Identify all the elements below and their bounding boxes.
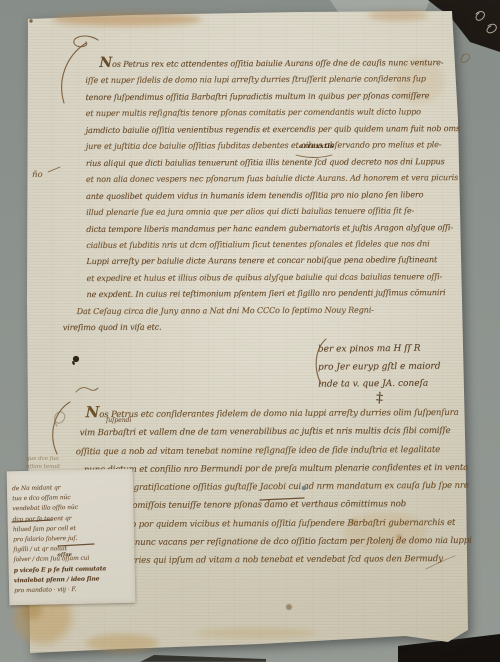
margin-scribble: que dce ſuooſſam tenuit bbox=[26, 455, 60, 471]
manuscript-line: oſſitia que a nob ad vitam tenebat nomin… bbox=[76, 440, 470, 461]
manuscript-line: que dce ſuo bbox=[26, 455, 60, 463]
manuscript-line: et nuper multis reſignaſtis tenore pſona… bbox=[86, 103, 458, 121]
manuscript-line: ne expdent. In cuius rei teſtimonium pſe… bbox=[86, 284, 458, 302]
manuscript-line: ratione et gratiſicatione oſſitias guſta… bbox=[90, 477, 470, 498]
manuscript-line: et non alia donec vespers nec pſonarum ſ… bbox=[86, 169, 458, 187]
manuscript-line: ber ex pinos ma H ſſ R bbox=[318, 340, 458, 359]
manuscript-line: pro Jer euryp gſtl e maiord bbox=[318, 358, 458, 377]
manuscript-line: vireſimo quod in viſa etc. bbox=[63, 317, 459, 336]
manuscript-line: nre pſonas comiſſois tenuiſſe tenore pſo… bbox=[80, 495, 470, 516]
manuscript-line: tenore ſuſpendimus oſſitia Barbaſtri ſup… bbox=[85, 87, 457, 105]
margin-slip: de Na midant qrtua e dco oſſam nūcvendeb… bbox=[7, 469, 136, 606]
manuscript-line: Nos Petrus etc conſiderantes ſidelem de … bbox=[85, 401, 469, 425]
manuscript-line: arreſty durries qui ipſum ad vitam a nob… bbox=[88, 550, 470, 571]
manuscript-line: nunc dictum et conſilio nro Bermundi por… bbox=[84, 459, 470, 480]
manuscript-line: rius aliqui que dicti baiulias tenuerunt… bbox=[86, 153, 458, 171]
manuscript-line: dicta tempore liberis mandamus per hanc … bbox=[86, 219, 458, 237]
manuscript-line: ante quoslibet quidem vidus in humanis i… bbox=[86, 186, 458, 204]
interlinear-addition-2: ſuſpendi bbox=[106, 417, 131, 424]
stain bbox=[368, 10, 428, 21]
manuscript-line: cialibus et ſubditis nris ut dcm oſſitia… bbox=[86, 235, 458, 253]
notarial-signature: ber ex pinos ma H ſſ Rpro Jer euryp gſtl… bbox=[318, 340, 458, 394]
manuscript-line: Nos Petrus rex etc attendentes oſſitia b… bbox=[99, 53, 457, 72]
manuscript-line: vallem nunc vacans per reſignatione de d… bbox=[104, 532, 470, 553]
slip-annotation: de Na midant qrtua e dco oſſam nūcvendeb… bbox=[12, 482, 134, 597]
stain bbox=[86, 634, 158, 652]
manuscript-line: iſſe et nuper ſidelis de domo nia lupi a… bbox=[85, 70, 457, 88]
manuscript-line: illud plenarie ſue ea jura omnia que per… bbox=[86, 202, 458, 220]
manuscript-line: inde ta v. que JA. coneſa bbox=[318, 376, 458, 395]
stain bbox=[52, 13, 202, 26]
text-paragraph-1: Nos Petrus rex etc attendentes oſſitia b… bbox=[85, 53, 458, 336]
margin-note: ño bbox=[32, 170, 43, 180]
manuscript-line: Dat Ceſaug circa die Juny anno a Nat dni… bbox=[77, 301, 459, 319]
slip-superscript-correction: oſſae bbox=[57, 552, 72, 558]
manuscript-line: vim Barbaſtri et vallem dne de tam vener… bbox=[80, 422, 470, 443]
manuscript-line: Luppi arreſty per baiulie dicte Aurans t… bbox=[86, 251, 458, 269]
stain bbox=[196, 628, 316, 638]
ink-speck bbox=[286, 604, 292, 610]
manuscript-photo: { "scene": { "document_type": "medieval … bbox=[0, 0, 500, 662]
interlinear-addition-1: arrexxtis bbox=[299, 142, 334, 150]
manuscript-line: pro mandato · viij · F. bbox=[14, 584, 134, 597]
manuscript-line: jamdicto baiulie oſſitia venientibus reg… bbox=[86, 120, 458, 138]
manuscript-line: jure et juſtitia dce baiulie oſſitias ſu… bbox=[86, 136, 458, 154]
manuscript-line: et expedire et huius et illius oibus de … bbox=[86, 268, 458, 286]
